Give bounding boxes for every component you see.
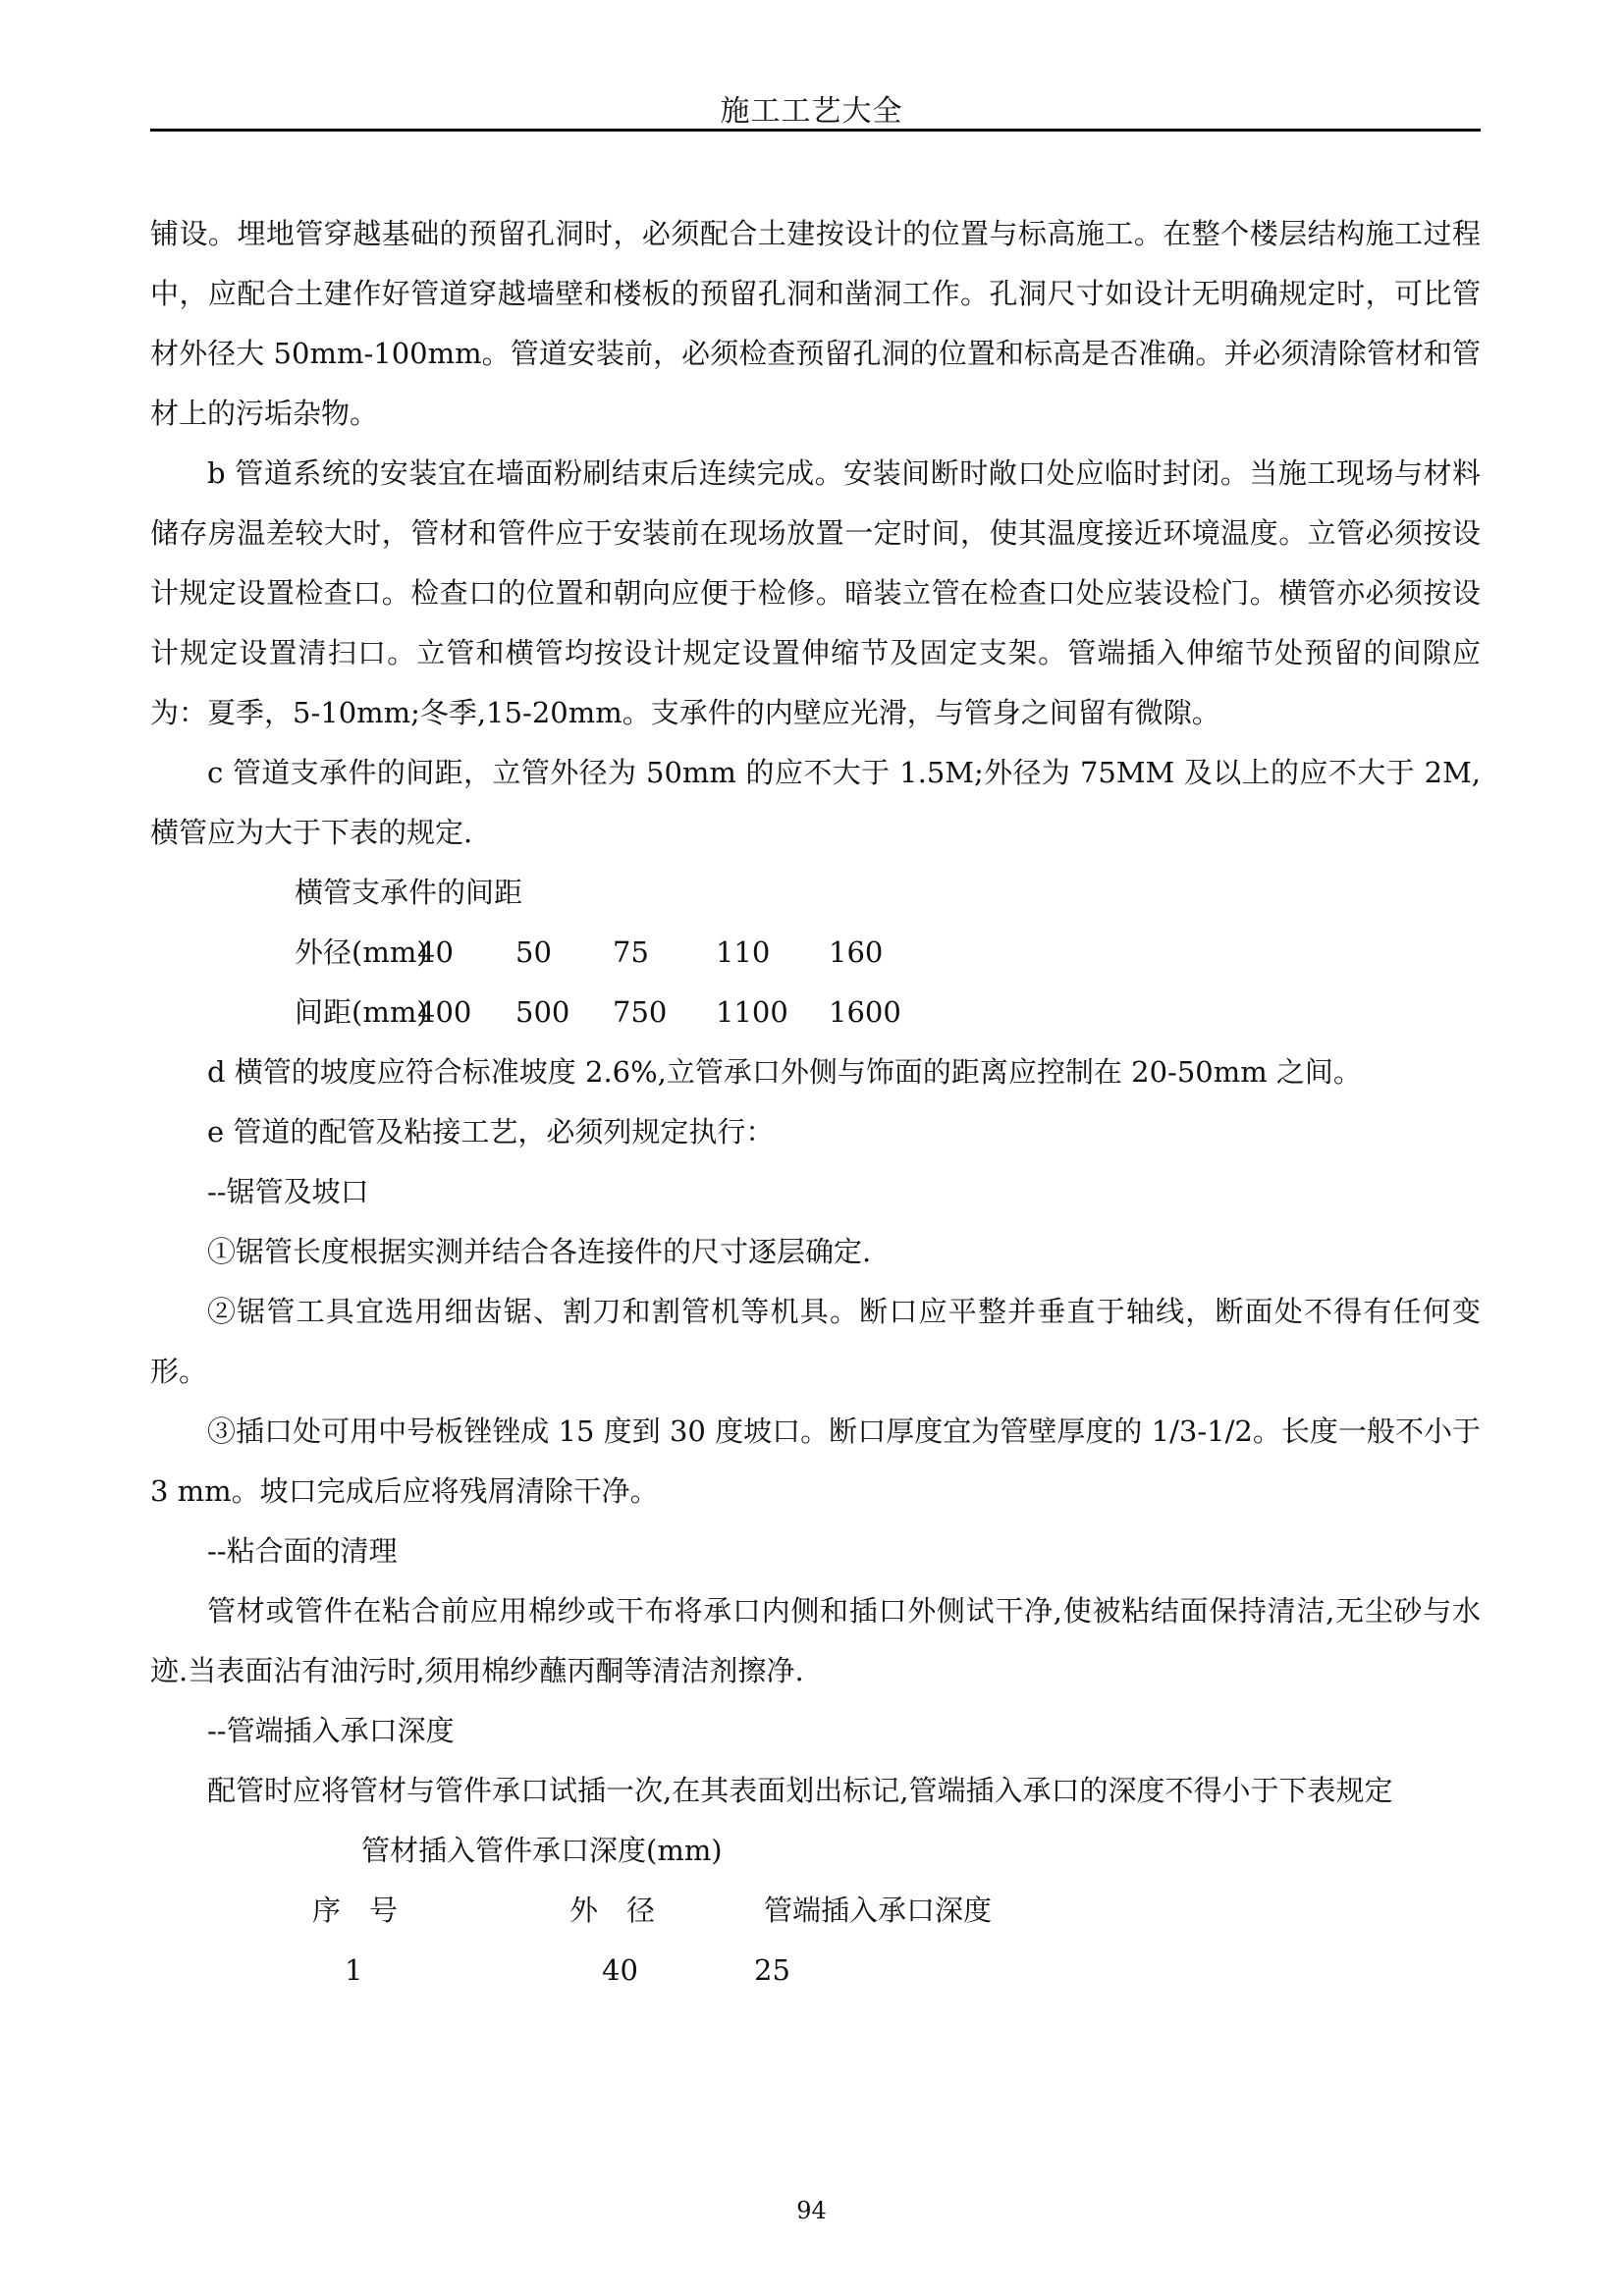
list-item-1: ①锯管长度根据实测并结合各连接件的尺寸逐层确定. (150, 1222, 1481, 1282)
table-cell: 50 (515, 923, 613, 983)
paragraph-continued: 铺设。埋地管穿越基础的预留孔洞时，必须配合土建按设计的位置与标高施工。在整个楼层… (150, 204, 1481, 444)
paragraph-cleaning: 管材或管件在粘合前应用棉纱或干布将承口内侧和插口外侧试干净,使被粘结面保持清洁,… (150, 1581, 1481, 1701)
depth-table-header: 序 号 外 径 管端插入承口深度 (150, 1881, 1481, 1941)
row-label: 外径(mm) (295, 923, 417, 983)
paragraph-c: c 管道支承件的间距，立管外径为 50mm 的应不大于 1.5M;外径为 75M… (150, 743, 1481, 863)
table-cell: 40 (602, 1941, 754, 2001)
header-rule (150, 129, 1481, 132)
page-body: 铺设。埋地管穿越基础的预留孔洞时，必须配合土建按设计的位置与标高施工。在整个楼层… (150, 204, 1481, 2001)
spacing-table-row-spacing: 间距(mm) 400 500 750 1100 1600 (150, 983, 1481, 1042)
header-cell-diameter: 外 径 (569, 1881, 764, 1941)
table-cell: 160 (829, 923, 937, 983)
page-number: 94 (0, 2197, 1623, 2224)
paragraph-e: e 管道的配管及粘接工艺，必须列规定执行： (150, 1102, 1481, 1162)
paragraph-b: b 管道系统的安装宜在墙面粉刷结束后连续完成。安装间断时敞口处应临时封闭。当施工… (150, 444, 1481, 743)
row-label: 间距(mm) (295, 983, 417, 1042)
subheading-cleaning: --粘合面的清理 (150, 1522, 1481, 1581)
table-cell: 25 (754, 1941, 790, 2001)
paragraph-d: d 横管的坡度应符合标准坡度 2.6%,立管承口外侧与饰面的距离应控制在 20-… (150, 1042, 1481, 1102)
depth-table-title: 管材插入管件承口深度(mm) (150, 1821, 1481, 1881)
table-cell: 40 (417, 923, 515, 983)
table-cell: 750 (613, 983, 716, 1042)
spacing-table: 横管支承件的间距 外径(mm) 40 50 75 110 160 间距(mm) … (150, 863, 1481, 1042)
list-item-3: ③插口处可用中号板锉锉成 15 度到 30 度坡口。断口厚度宜为管壁厚度的 1/… (150, 1402, 1481, 1522)
spacing-table-row-diameter: 外径(mm) 40 50 75 110 160 (150, 923, 1481, 983)
header-cell-index: 序 号 (312, 1881, 569, 1941)
depth-table: 管材插入管件承口深度(mm) 序 号 外 径 管端插入承口深度 1 40 25 (150, 1821, 1481, 2001)
table-cell: 75 (613, 923, 716, 983)
subheading-sawing: --锯管及坡口 (150, 1162, 1481, 1222)
header-cell-depth: 管端插入承口深度 (764, 1881, 992, 1941)
list-item-2: ②锯管工具宜选用细齿锯、割刀和割管机等机具。断口应平整并垂直于轴线，断面处不得有… (150, 1282, 1481, 1402)
table-cell: 110 (716, 923, 829, 983)
table-cell: 1100 (716, 983, 829, 1042)
table-cell: 1600 (829, 983, 937, 1042)
subheading-insertion-depth: --管端插入承口深度 (150, 1701, 1481, 1761)
table-cell: 500 (515, 983, 613, 1042)
depth-table-row: 1 40 25 (150, 1941, 1481, 2001)
paragraph-insertion-depth: 配管时应将管材与管件承口试插一次,在其表面划出标记,管端插入承口的深度不得小于下… (150, 1761, 1481, 1821)
table-cell: 400 (417, 983, 515, 1042)
spacing-table-title: 横管支承件的间距 (150, 863, 1481, 923)
running-header-title: 施工工艺大全 (0, 86, 1623, 130)
table-cell: 1 (345, 1941, 602, 2001)
